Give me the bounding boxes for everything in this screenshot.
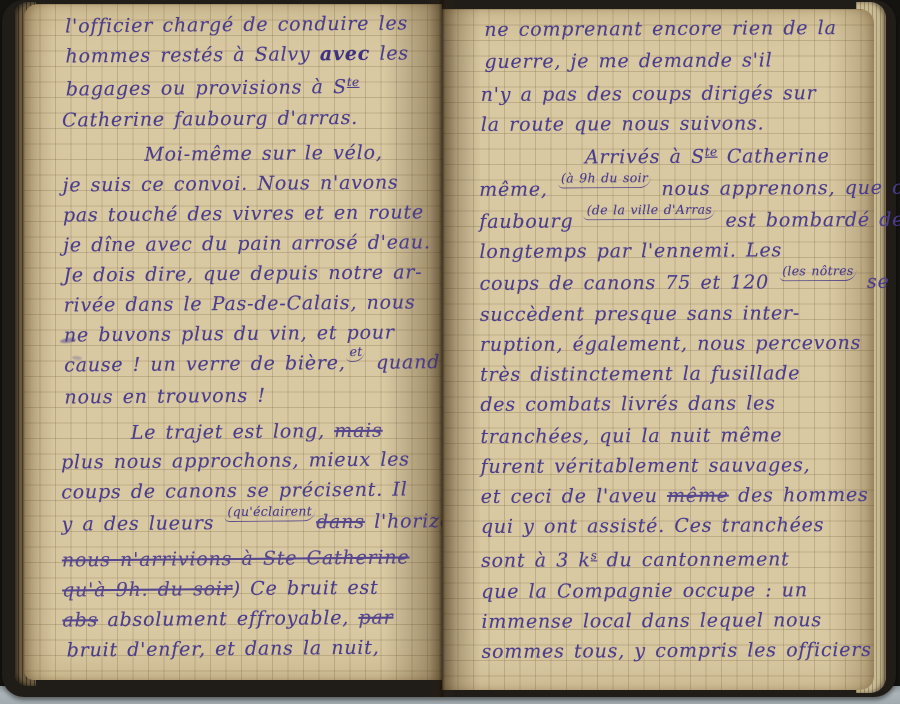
handwriting-segment: est bombardé depuis: [716, 208, 900, 231]
handwriting-segment: sommes tous, y compris les officiers: [482, 639, 872, 663]
handwriting-segment: que la Compagnie occupe : un: [481, 579, 808, 603]
handwriting-segment: rivée dans le Pas-de-Calais, nous: [64, 291, 416, 316]
handwriting-segment: sont à 3 k: [481, 549, 591, 572]
handwriting-segment: même,: [479, 179, 557, 201]
left-page-handwriting: l'officier chargé de conduire leshommes …: [21, 2, 445, 682]
notebook-scan: l'officier chargé de conduire leshommes …: [0, 0, 900, 704]
handwriting-line: Arrivés à Ste Catherine: [585, 144, 830, 170]
handwriting-line: je dîne avec du pain arrosé d'eau.: [63, 231, 431, 258]
handwriting-segment: tranchées, qui la nuit même: [480, 424, 782, 448]
handwriting-segment: ne comprenant encore rien de la: [484, 17, 836, 41]
handwriting-line: longtemps par l'ennemi. Les: [479, 239, 782, 264]
handwriting-segment: Moi-même sur le vélo,: [144, 142, 382, 166]
struck-through-text: dans: [316, 511, 365, 533]
handwriting-segment: avec: [320, 43, 370, 65]
handwriting-line: faubourg (de la ville d'Arras est bombar…: [479, 208, 900, 234]
handwriting-segment: des hommes: [729, 484, 869, 507]
struck-through-text: mais: [334, 420, 383, 442]
handwriting-segment: absolument effroyable,: [98, 607, 359, 631]
handwriting-line: rivée dans le Pas-de-Calais, nous: [64, 291, 416, 318]
handwriting-line: immense local dans lequel nous: [481, 609, 822, 635]
left-page: l'officier chargé de conduire leshommes …: [24, 4, 442, 680]
handwriting-line: plus nous approchons, mieux les: [61, 448, 410, 475]
handwriting-segment: Catherine: [717, 145, 829, 168]
handwriting-segment: te: [347, 75, 360, 89]
handwriting-line: coups de canons 75 et 120 (les nôtres se: [480, 271, 890, 297]
struck-through-text: par: [358, 607, 393, 629]
handwriting-segment: hommes restés à Salvy: [65, 43, 320, 67]
handwriting-segment: s: [591, 548, 598, 562]
handwriting-line: guerre, je me demande s'il: [484, 49, 772, 74]
handwriting-line: furent véritablement sauvages,: [481, 454, 811, 479]
handwriting-line: des combats livrés dans les: [480, 392, 776, 417]
handwriting-line: Catherine faubourg d'arras.: [62, 107, 358, 133]
handwriting-line: l'officier chargé de conduire les: [65, 12, 408, 39]
handwriting-segment: faubourg: [479, 210, 583, 233]
handwriting-segment: Catherine faubourg d'arras.: [62, 107, 358, 132]
handwriting-segment: longtemps par l'ennemi. Les: [479, 239, 782, 263]
handwriting-line: tranchées, qui la nuit même: [480, 424, 782, 449]
handwriting-segment: ne buvons plus du vin, et pour: [64, 322, 395, 347]
interline-insertion: (de la ville d'Arras: [584, 202, 715, 220]
left-page-shading: [24, 4, 442, 680]
handwriting-segment: coups de canons 75 et 120: [480, 271, 779, 295]
handwriting-line: Moi-même sur le vélo,: [144, 142, 382, 168]
handwriting-line: et ceci de l'aveu même des hommes: [481, 484, 869, 510]
interline-insertion: (à 9h du soir: [558, 170, 651, 188]
handwriting-line: nous n'arrivions à Ste Catherine: [62, 546, 410, 573]
handwriting-segment: des combats livrés dans les: [480, 392, 776, 416]
interline-insertion: (les nôtres: [779, 263, 856, 281]
handwriting-segment: quand: [367, 351, 441, 374]
handwriting-line: hommes restés à Salvy avec les: [65, 42, 409, 69]
handwriting-segment: ) Ce bruit est: [233, 577, 379, 600]
handwriting-segment: et ceci de l'aveu: [481, 485, 667, 508]
handwriting-segment: pas touché des vivres et en route: [63, 201, 424, 226]
handwriting-segment: les: [370, 42, 409, 64]
interline-insertion: et: [346, 344, 365, 362]
handwriting-segment: succèdent presque sans inter-: [480, 302, 800, 326]
handwriting-segment: immense local dans lequel nous: [481, 609, 822, 633]
right-page: ne comprenant encore rien de laguerre, j…: [442, 9, 874, 690]
handwriting-line: cause ! un verre de bière,et quand: [64, 351, 440, 378]
handwriting-segment: nous en trouvons !: [64, 385, 266, 409]
handwriting-line: ruption, également, nous percevons: [480, 332, 861, 358]
handwriting-line: nous en trouvons !: [64, 385, 266, 411]
handwriting-segment: l'officier chargé de conduire les: [65, 12, 408, 37]
handwriting-line: bruit d'enfer, et dans la nuit,: [67, 637, 380, 663]
handwriting-line: qu'à 9h. du soir) Ce bruit est: [62, 577, 379, 604]
handwriting-line: bagages ou provisions à Ste: [66, 75, 360, 102]
handwriting-line: succèdent presque sans inter-: [480, 302, 800, 327]
handwriting-line: ne comprenant encore rien de la: [484, 17, 836, 43]
struck-through-text: abs: [62, 609, 98, 631]
handwriting-line: je suis ce convoi. Nous n'avons: [63, 172, 399, 199]
handwriting-line: la route que nous suivons.: [481, 112, 765, 137]
handwriting-segment: Arrivés à S: [585, 146, 705, 169]
handwriting-line: abs absolument effroyable, par: [62, 607, 393, 634]
handwriting-segment: Le trajet est long,: [131, 420, 335, 444]
handwriting-line: très distinctement la fusillade: [480, 362, 800, 387]
handwriting-segment: ruption, également, nous percevons: [480, 332, 861, 356]
handwriting-line: ne buvons plus du vin, et pour: [64, 322, 395, 349]
struck-through-text: même: [667, 485, 729, 507]
handwriting-line: Je dois dire, que depuis notre ar-: [63, 261, 422, 288]
handwriting-segment: je dîne avec du pain arrosé d'eau.: [63, 231, 431, 256]
right-page-handwriting: ne comprenant encore rien de laguerre, j…: [440, 8, 876, 691]
handwriting-segment: qui y ont assisté. Ces tranchées: [481, 514, 824, 538]
handwriting-segment: n'y a pas des coups dirigés sur: [481, 82, 817, 106]
handwriting-segment: coups de canons se précisent. Il: [61, 478, 407, 503]
handwriting-line: n'y a pas des coups dirigés sur: [481, 82, 817, 108]
handwriting-segment: nous apprenons, que ce: [652, 177, 900, 200]
handwriting-segment: plus nous approchons, mieux les: [61, 448, 410, 473]
handwriting-line: pas touché des vivres et en route: [63, 201, 424, 228]
handwriting-line: même, (à 9h du soir nous apprenons, que …: [479, 177, 900, 203]
handwriting-line: Le trajet est long, mais: [131, 420, 383, 446]
handwriting-segment: la route que nous suivons.: [481, 112, 765, 135]
handwriting-segment: furent véritablement sauvages,: [481, 454, 811, 478]
handwriting-segment: guerre, je me demande s'il: [484, 49, 772, 73]
handwriting-segment: bagages ou provisions à S: [66, 76, 347, 100]
handwriting-line: sommes tous, y compris les officiers: [482, 639, 872, 665]
right-page-shading: [442, 9, 874, 690]
interline-insertion: (qu'éclairent: [224, 503, 315, 521]
handwriting-segment: du cantonnement: [597, 548, 790, 571]
handwriting-line: que la Compagnie occupe : un: [481, 579, 808, 604]
handwriting-line: sont à 3 ks du cantonnement: [481, 547, 790, 573]
handwriting-segment: Je dois dire, que depuis notre ar-: [63, 261, 422, 286]
handwriting-segment: cause ! un verre de bière,: [64, 352, 346, 376]
ink-smudge: [60, 337, 77, 344]
handwriting-segment: y a des lueurs: [61, 512, 223, 535]
struck-through-text: qu'à 9h. du soir: [62, 578, 233, 601]
handwriting-segment: je suis ce convoi. Nous n'avons: [63, 172, 399, 197]
handwriting-line: qui y ont assisté. Ces tranchées: [481, 514, 824, 540]
handwriting-segment: bruit d'enfer, et dans la nuit,: [67, 637, 380, 662]
handwriting-segment: te: [705, 145, 718, 159]
struck-through-text: nous n'arrivions à Ste Catherine: [62, 546, 410, 571]
ink-smudge: [72, 355, 82, 360]
handwriting-segment: très distinctement la fusillade: [480, 362, 800, 386]
handwriting-line: coups de canons se précisent. Il: [61, 478, 407, 505]
